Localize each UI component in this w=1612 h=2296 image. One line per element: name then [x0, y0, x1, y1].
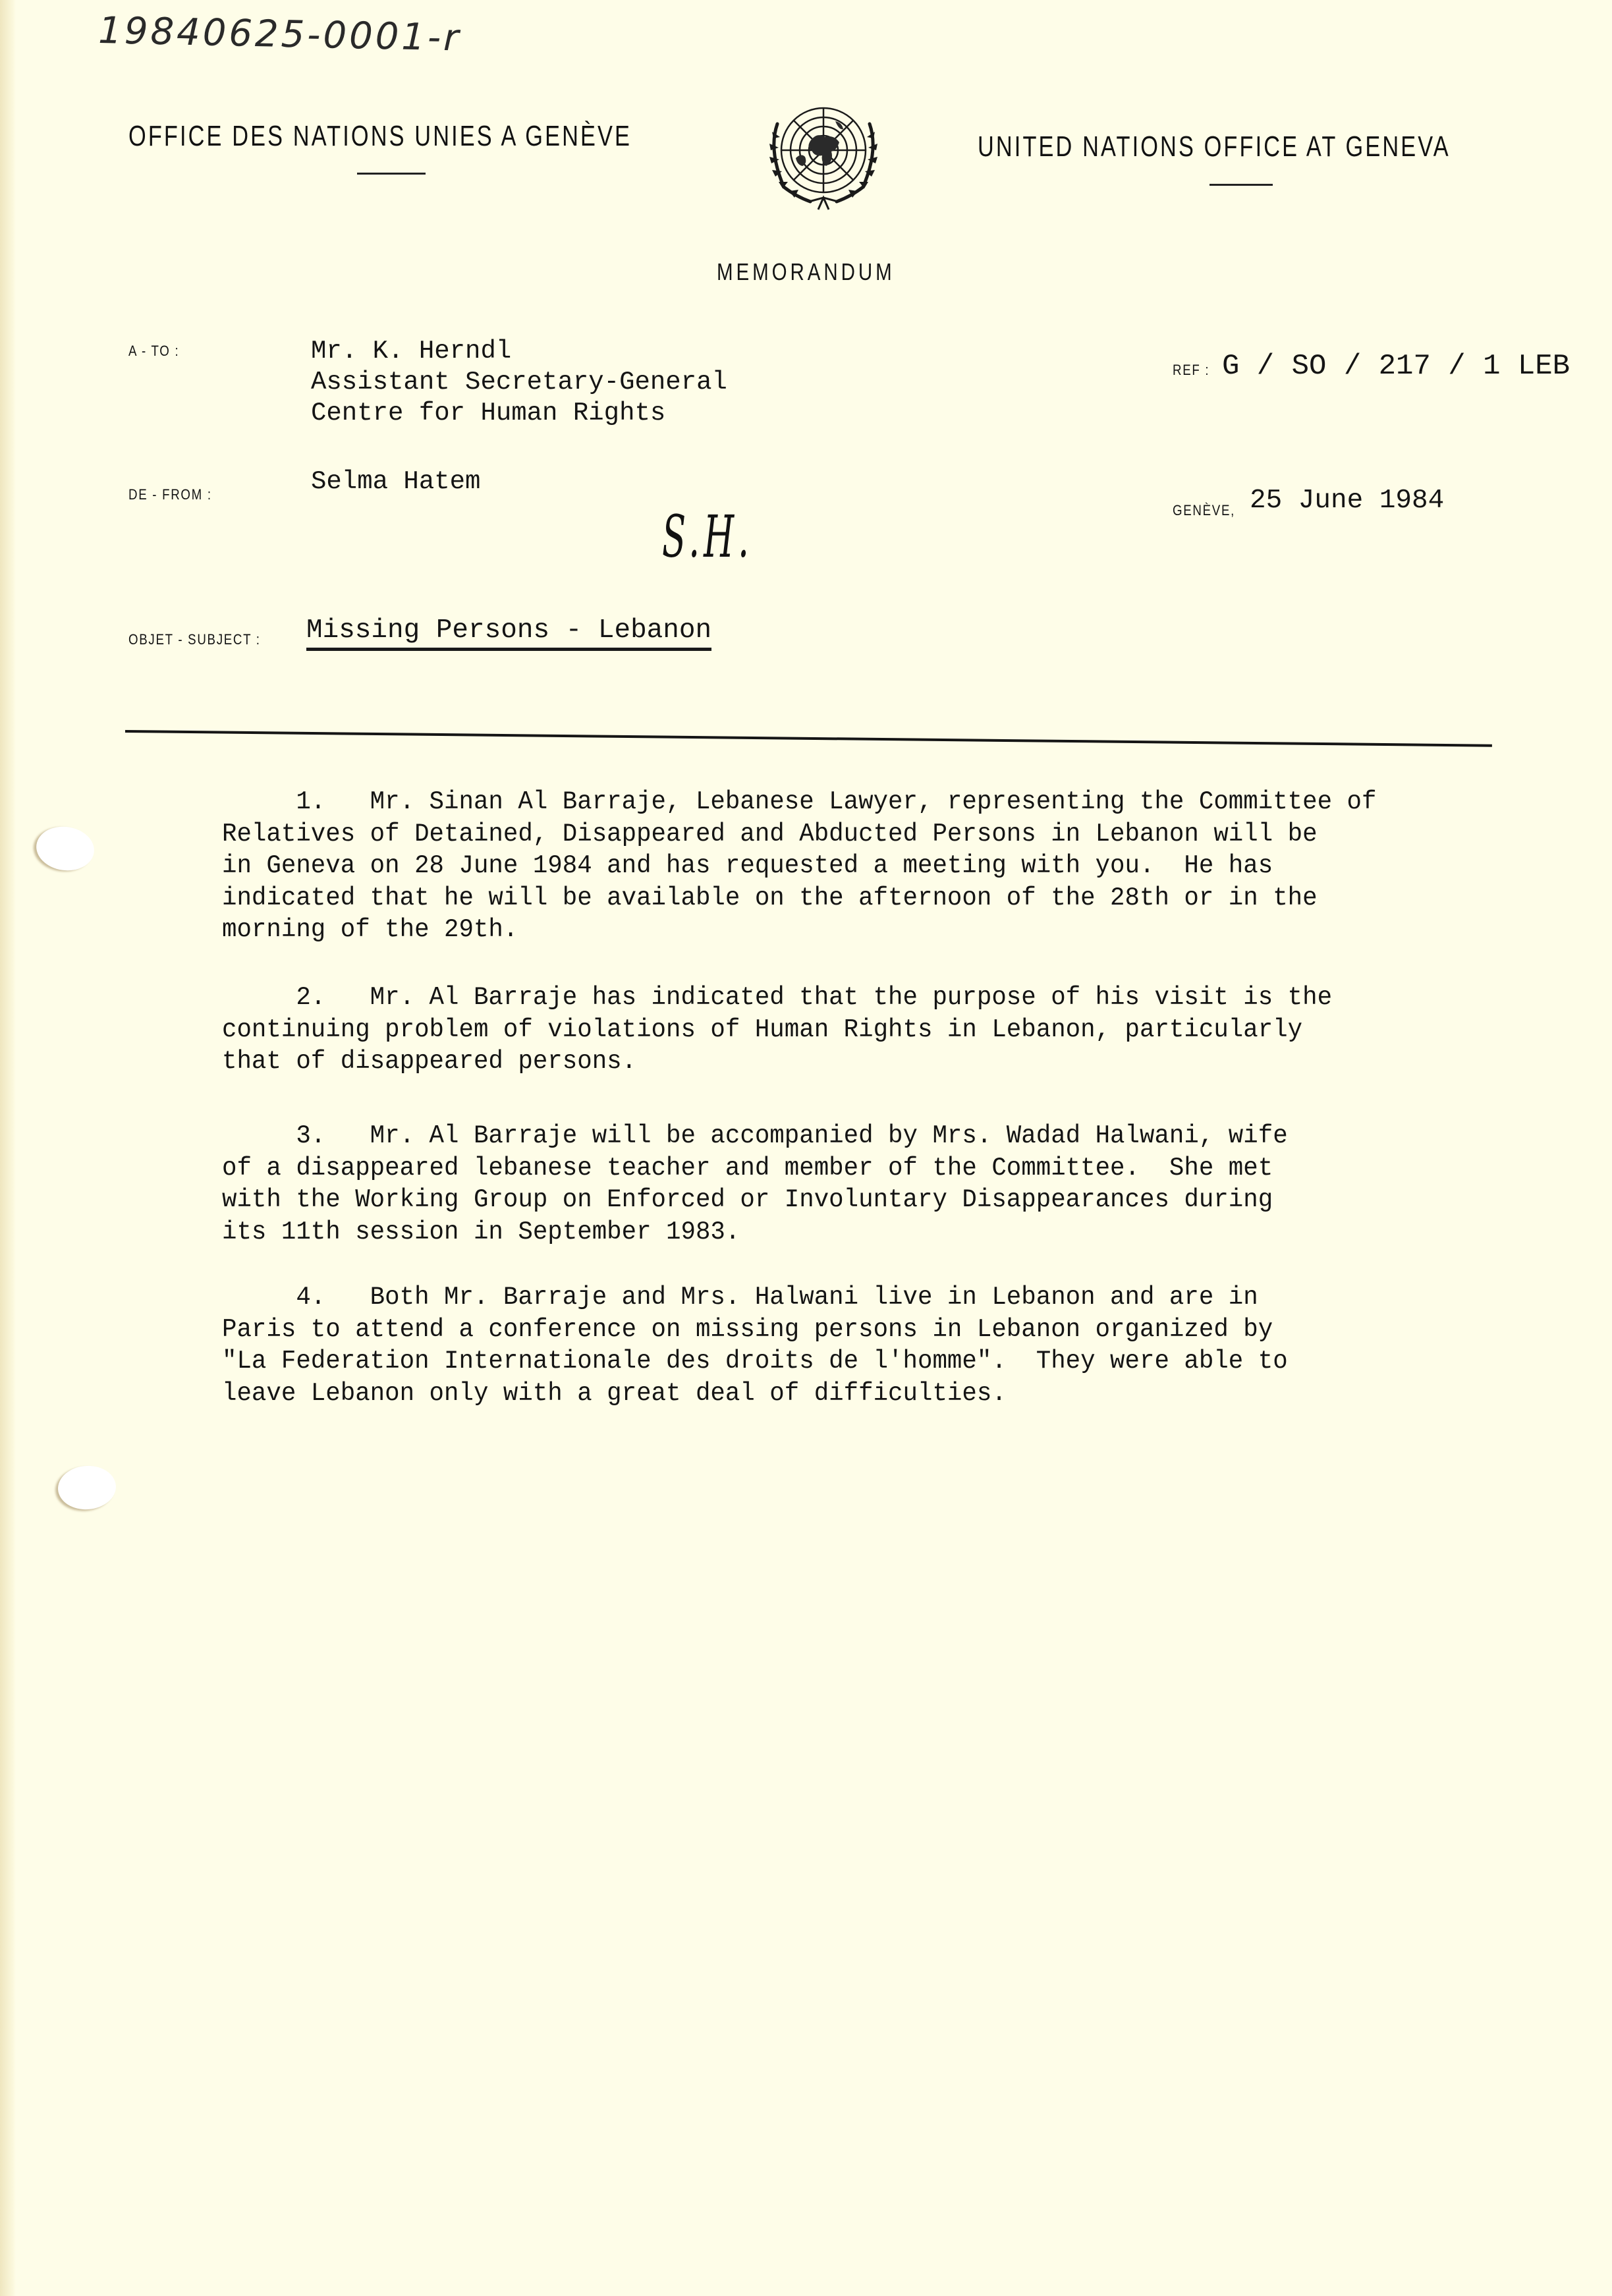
recipient-block: Mr. K. Herndl Assistant Secretary-Genera… — [311, 336, 727, 429]
memo-date: 25 June 1984 — [1250, 486, 1444, 517]
from-label: DE - FROM : — [128, 486, 212, 503]
handwritten-archive-number: 19840625-0001-r — [98, 9, 462, 60]
un-emblem-icon — [758, 98, 889, 211]
ref-label: REF : — [1173, 362, 1209, 379]
letterhead-english: UNITED NATIONS OFFICE AT GENEVA — [978, 130, 1451, 163]
place-label: GENÈVE, — [1173, 502, 1235, 519]
header-rule — [125, 730, 1492, 747]
letterhead-divider-right — [1209, 184, 1273, 186]
subject-value: Missing Persons - Lebanon — [306, 615, 711, 651]
paragraph-4: 4. Both Mr. Barraje and Mrs. Halwani liv… — [222, 1281, 1471, 1409]
document-type-heading: MEMORANDUM — [717, 258, 895, 286]
handwritten-initials: S.H. — [662, 503, 753, 571]
to-label: A - TO : — [128, 343, 179, 360]
paragraph-1: 1. Mr. Sinan Al Barraje, Lebanese Lawyer… — [222, 786, 1471, 946]
letterhead-french: OFFICE DES NATIONS UNIES A GENÈVE — [128, 120, 632, 153]
letterhead-divider-left — [357, 173, 426, 175]
paragraph-2: 2. Mr. Al Barraje has indicated that the… — [222, 982, 1471, 1078]
paragraph-3: 3. Mr. Al Barraje will be accompanied by… — [222, 1120, 1471, 1248]
punch-hole-top — [34, 823, 97, 874]
sender-name: Selma Hatem — [311, 466, 480, 497]
paper-edge — [0, 0, 16, 2296]
reference-number: G / SO / 217 / 1 LEB — [1222, 351, 1570, 382]
punch-hole-bottom — [57, 1464, 117, 1511]
subject-label: OBJET - SUBJECT : — [128, 631, 261, 648]
